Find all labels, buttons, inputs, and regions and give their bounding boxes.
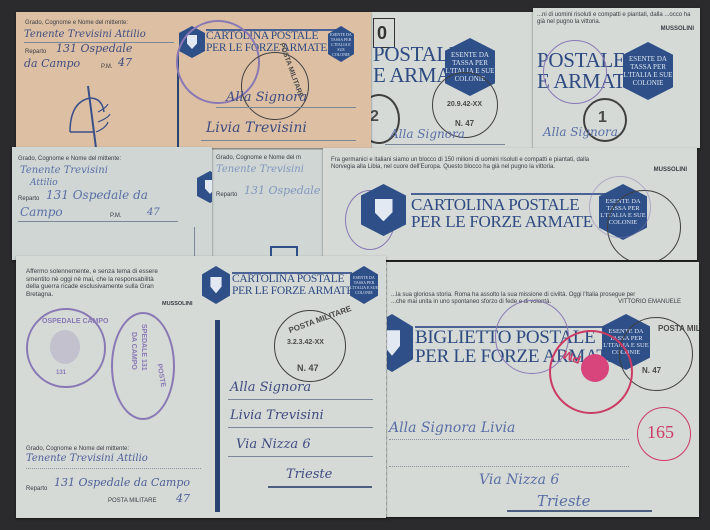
coat-of-arms-icon (202, 266, 230, 304)
unit-label: Reparto (26, 486, 47, 493)
cachet-stamp (543, 40, 607, 104)
card-middle-right: Fra germanici e italiani siamo un blocco… (323, 148, 697, 260)
quote-text: Affermo solennemente, e senza tema di es… (26, 268, 202, 298)
sender-name-2: Attilio (30, 178, 58, 188)
address-rule (216, 107, 356, 108)
address-line: Alla Signora (543, 125, 618, 139)
unit-value: 131 Ospedale (244, 184, 320, 197)
quote-text: ...ni di uomini risoluti e compatti e pi… (537, 12, 697, 26)
helmet-rifle-drawing (66, 82, 116, 148)
quote-author: VITTORIO EMANUELE (618, 299, 681, 306)
sender-name: Tenente Trevisini Attilio (24, 29, 146, 40)
cachet-crest (50, 330, 80, 364)
sender-label: Grado, Cognome e Nome del m (216, 155, 301, 162)
address-rule (228, 456, 373, 457)
address-rule (228, 399, 373, 400)
rule (26, 468, 201, 469)
indicia-hex: ESENTE DA TASSA PER L'ITALIA E SUE COLON… (328, 26, 354, 62)
postmark-stamp: POSTA MILITARE (241, 52, 309, 120)
pm-label: POSTA MILITARE (108, 498, 156, 505)
card-title: CARTOLINA POSTALE PER LE FORZE ARMATE (411, 196, 593, 230)
sender-name: Tenente Trevisini Attilio (26, 453, 148, 464)
address-line: Trieste (286, 467, 332, 482)
address-line: Livia Trevisini (206, 120, 307, 136)
address-rule (389, 439, 629, 440)
censor-stamp-red: PM (549, 330, 633, 414)
pm-label: P.M. (101, 64, 113, 71)
address-underline (268, 486, 372, 488)
address-line: Via Nizza 6 (479, 472, 559, 488)
cachet-oval-stamp: POSTE SPEDALE 131 DA CAMPO (111, 312, 175, 420)
address-rule (228, 427, 373, 428)
censor-number-stamp: 165 (637, 407, 691, 461)
address-rule (385, 144, 505, 145)
unit-value: 131 Ospedale da (46, 188, 148, 202)
sender-label: Grado, Cognome e Nome del mittente: (18, 156, 121, 163)
address-underline (507, 510, 652, 512)
sender-label: Grado, Cognome e Nome del mittente: (26, 446, 129, 453)
unit-label: Reparto (18, 196, 39, 203)
address-line: Alla Signora (390, 127, 465, 141)
sender-name: Tenente Trevisini (20, 165, 108, 176)
address-line: Via Nizza 6 (236, 437, 311, 452)
postmark-stamp: POSTA MILITARE 3.2.3.42-XX N. 47 (274, 310, 346, 382)
unit-label: Reparto (25, 49, 46, 56)
quote-author: MUSSOLINI (162, 301, 193, 308)
address-line: Alla Signora Livia (389, 420, 515, 436)
quote-author: MUSSOLINI (661, 26, 694, 33)
cachet-round-stamp: OSPEDALE CAMPO 131 (26, 308, 106, 388)
rule (18, 221, 178, 222)
unit-value: 131 Ospedale da Campo (54, 476, 190, 489)
sender-label: Grado, Cognome e Nome del mittente: (25, 20, 128, 27)
address-line: Livia Trevisini (230, 408, 324, 423)
unit-value: 131 Ospedale (56, 42, 132, 55)
flagpole-divider (215, 320, 220, 512)
address-rule (389, 466, 629, 467)
unit-value-2: Campo (20, 205, 63, 219)
card-middle-left: Grado, Cognome e Nome del mittente: Tene… (12, 147, 212, 260)
cachet-stamp (589, 176, 651, 238)
address-line: Alla Signora (226, 90, 307, 105)
pm-label: P.M. (110, 213, 122, 220)
pm-value: 47 (118, 56, 132, 69)
unit-label: Reparto (216, 192, 237, 199)
address-line: Alla Signora (230, 380, 311, 395)
address-line: Trieste (537, 492, 590, 510)
card-title: CARTOLINA POSTALE PER LE FORZE ARMATE (232, 274, 353, 297)
address-rule (201, 140, 356, 141)
pm-value: 47 (176, 492, 190, 505)
censor-seal (581, 354, 609, 382)
card-top-left: Grado, Cognome e Nome del mittente: Tene… (16, 12, 371, 148)
indicia-hex: ESENTE DA TASSA PER L'ITALIA E SUE COLON… (350, 266, 378, 304)
quote-author: MUSSOLINI (654, 167, 687, 174)
quote-text: Fra germanici e italiani siamo un blocco… (331, 157, 681, 171)
coat-of-arms-icon (197, 171, 212, 203)
sender-name: Tenente Trevisini (216, 164, 304, 175)
card-bottom-left: Affermo solennemente, e senza tema di es… (16, 256, 386, 518)
coat-of-arms-icon (384, 314, 413, 372)
card-bottom-right: ...la sua gloriosa storia. Roma ha assol… (384, 262, 699, 517)
unit-value-2: da Campo (24, 57, 80, 70)
card-top-right: ...ni di uomini risoluti e compatti e pi… (533, 8, 700, 148)
pm-value: 47 (147, 207, 160, 218)
